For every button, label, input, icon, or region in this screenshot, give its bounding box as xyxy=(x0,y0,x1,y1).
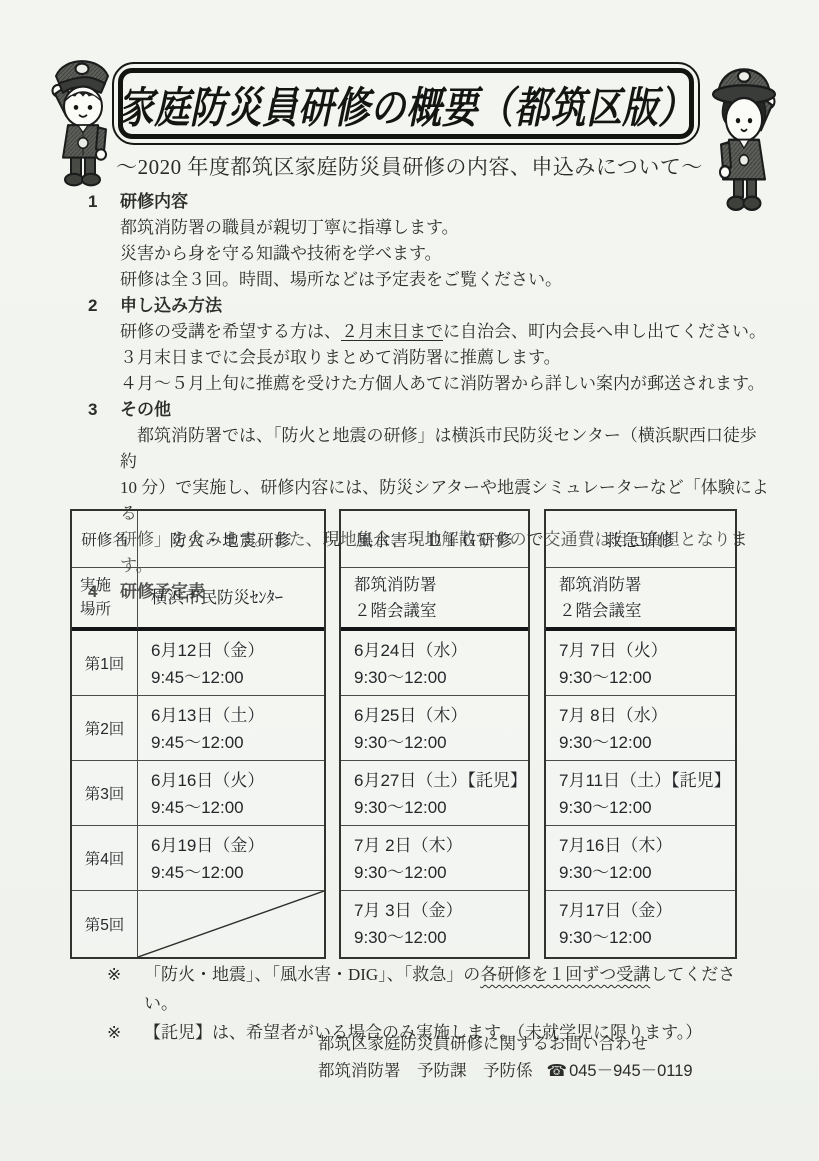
session-time: 9:30～12:00 xyxy=(354,729,528,756)
page-subtitle: ～2020 年度都筑区家庭防災員研修の内容、申込みについて～ xyxy=(0,151,819,181)
footnote-segment: 「防火・地震」、「風水害・DIG」、「救急」の xyxy=(144,965,480,984)
diagonal-strike-line xyxy=(138,891,324,957)
title-banner: 家庭防災員研修の概要（都筑区版） xyxy=(112,62,700,145)
session-cell: 6月27日（土）【託児】 9:30～12:00 xyxy=(341,761,528,826)
contact-footer: 都筑区家庭防災員研修に関するお問い合わせ 都筑消防署 予防課 予防係☎045－9… xyxy=(318,1031,693,1085)
contact-line: 都筑消防署 予防課 予防係☎045－945－0119 xyxy=(318,1058,693,1085)
place-line: 都筑消防署 xyxy=(354,572,528,598)
course-name-cell: 防火・地震研修 xyxy=(138,511,324,568)
contact-phone-number: 045－945－0119 xyxy=(569,1062,693,1080)
place-line: 横浜市民防災ｾﾝﾀｰ xyxy=(151,585,324,611)
body-text: 研修の受講を希望する方は、 xyxy=(120,322,341,341)
session-time: 9:30～12:00 xyxy=(354,924,528,951)
section-how-to-apply: 2申し込み方法 研修の受講を希望する方は、２月末日までに自治会、町内会長へ申し出… xyxy=(88,293,770,397)
contact-title: 都筑区家庭防災員研修に関するお問い合わせ xyxy=(318,1031,693,1058)
session-time: 9:45～12:00 xyxy=(151,859,324,886)
schedule-tables: 研修名 防火・地震研修 実施 場所 横浜市民防災ｾﾝﾀｰ 第1回 6月12日（金… xyxy=(70,509,737,959)
session-date: 7月 8日（水） xyxy=(559,702,735,729)
underlined-deadline: ２月末日まで xyxy=(341,322,443,341)
schedule-table-fire-earthquake: 研修名 防火・地震研修 実施 場所 横浜市民防災ｾﾝﾀｰ 第1回 6月12日（金… xyxy=(70,509,326,959)
body-line: 都筑消防署では、「防火と地震の研修」は横浜市民防災センター（横浜駅西口徒歩約 xyxy=(88,423,770,475)
session-cell: 7月16日（木） 9:30～12:00 xyxy=(546,826,735,891)
session-date: 6月25日（木） xyxy=(354,702,528,729)
round-label: 第2回 xyxy=(72,696,138,761)
place-cell: 横浜市民防災ｾﾝﾀｰ xyxy=(138,568,324,631)
session-cell: 6月19日（金） 9:45～12:00 xyxy=(138,826,324,891)
session-cell: 7月 7日（火） 9:30～12:00 xyxy=(546,631,735,696)
round-label: 第1回 xyxy=(72,631,138,696)
session-cell: 6月13日（土） 9:45～12:00 xyxy=(138,696,324,761)
body-line: 研修の受講を希望する方は、２月末日までに自治会、町内会長へ申し出てください。 xyxy=(88,319,770,345)
footnote-text: 「防火・地震」、「風水害・DIG」、「救急」の各研修を１回ずつ受講してください。 xyxy=(144,960,767,1018)
session-date: 6月12日（金） xyxy=(151,637,324,664)
round-label: 第4回 xyxy=(72,826,138,891)
session-cell: 7月 8日（水） 9:30～12:00 xyxy=(546,696,735,761)
body-line: 災害から身を守る知識や技術を学べます。 xyxy=(88,241,770,267)
section-title: 研修内容 xyxy=(120,192,188,211)
session-cell: 7月 3日（金） 9:30～12:00 xyxy=(341,891,528,957)
session-date: 6月24日（水） xyxy=(354,637,528,664)
session-time: 9:30～12:00 xyxy=(354,794,528,821)
session-time: 9:30～12:00 xyxy=(559,729,735,756)
session-time: 9:30～12:00 xyxy=(559,794,735,821)
page-title: 家庭防災員研修の概要（都筑区版） xyxy=(118,72,694,135)
session-cell: 6月16日（火） 9:45～12:00 xyxy=(138,761,324,826)
section-heading: 3その他 xyxy=(88,397,770,423)
session-cell: 6月24日（水） 9:30～12:00 xyxy=(341,631,528,696)
session-date: 7月17日（金） xyxy=(559,897,735,924)
session-cell: 7月 2日（木） 9:30～12:00 xyxy=(341,826,528,891)
place-label-line: 場所 xyxy=(80,598,137,622)
session-time: 9:30～12:00 xyxy=(559,664,735,691)
face xyxy=(726,98,762,141)
course-name-cell: 風水害・ＤＩＧ研修 xyxy=(341,511,528,568)
section-number: 2 xyxy=(88,293,120,319)
session-cell: 6月12日（金） 9:45～12:00 xyxy=(138,631,324,696)
phone-icon: ☎ xyxy=(547,1062,568,1080)
session-date: 6月13日（土） xyxy=(151,702,324,729)
session-cell: 7月11日（土）【託児】 9:30～12:00 xyxy=(546,761,735,826)
section-number: 3 xyxy=(88,397,120,423)
session-time: 9:30～12:00 xyxy=(559,859,735,886)
place-label-cell: 実施 場所 xyxy=(72,568,138,631)
section-heading: 1研修内容 xyxy=(88,189,770,215)
section-training-content: 1研修内容 都筑消防署の職員が親切丁寧に指導します。 災害から身を守る知識や技術… xyxy=(88,189,770,293)
round-label: 第3回 xyxy=(72,761,138,826)
course-name-cell: 救急研修 xyxy=(546,511,735,568)
session-date: 7月 3日（金） xyxy=(354,897,528,924)
place-line: 都筑消防署 xyxy=(559,572,735,598)
session-time: 9:30～12:00 xyxy=(354,664,528,691)
body-text: に自治会、町内会長へ申し出てください。 xyxy=(443,322,766,341)
scanned-flyer-page: 家庭防災員研修の概要（都筑区版） xyxy=(0,0,819,1161)
body-line: 研修は全３回。時間、場所などは予定表をご覧ください。 xyxy=(88,267,770,293)
session-date: 7月16日（木） xyxy=(559,832,735,859)
session-time: 9:45～12:00 xyxy=(151,794,324,821)
session-cell: 7月17日（金） 9:30～12:00 xyxy=(546,891,735,957)
body-line: ３月末日までに会長が取りまとめて消防署に推薦します。 xyxy=(88,345,770,371)
session-date: 6月19日（金） xyxy=(151,832,324,859)
place-line: ２階会議室 xyxy=(559,598,735,624)
place-label-line: 実施 xyxy=(80,574,137,598)
cancelled-session-cell xyxy=(138,891,324,957)
place-line: ２階会議室 xyxy=(354,598,528,624)
section-heading: 2申し込み方法 xyxy=(88,293,770,319)
session-time: 9:30～12:00 xyxy=(354,859,528,886)
section-title: その他 xyxy=(120,400,171,419)
round-label: 第5回 xyxy=(72,891,138,957)
wavy-underlined-text: 各研修を１回ずつ受講 xyxy=(480,965,650,984)
asterisk-marker: ※ xyxy=(107,960,144,1018)
place-cell: 都筑消防署 ２階会議室 xyxy=(341,568,528,631)
title-banner-inner: 家庭防災員研修の概要（都筑区版） xyxy=(118,68,694,139)
contact-org: 都筑消防署 予防課 予防係 xyxy=(318,1062,533,1080)
session-time: 9:45～12:00 xyxy=(151,729,324,756)
session-date: 7月11日（土）【託児】 xyxy=(559,767,735,794)
session-date: 7月 2日（木） xyxy=(354,832,528,859)
section-number: 1 xyxy=(88,189,120,215)
footnote-attendance: ※ 「防火・地震」、「風水害・DIG」、「救急」の各研修を１回ずつ受講してくださ… xyxy=(107,960,767,1018)
schedule-table-first-aid: 救急研修 都筑消防署 ２階会議室 7月 7日（火） 9:30～12:00 7月 … xyxy=(544,509,737,959)
body-line: 都筑消防署の職員が親切丁寧に指導します。 xyxy=(88,215,770,241)
schedule-table-storm-dig: 風水害・ＤＩＧ研修 都筑消防署 ２階会議室 6月24日（水） 9:30～12:0… xyxy=(339,509,530,959)
session-date: 7月 7日（火） xyxy=(559,637,735,664)
session-time: 9:45～12:00 xyxy=(151,664,324,691)
body-line: ４月～５月上旬に推薦を受けた方個人あてに消防署から詳しい案内が郵送されます。 xyxy=(88,371,770,397)
session-cell: 6月25日（木） 9:30～12:00 xyxy=(341,696,528,761)
place-cell: 都筑消防署 ２階会議室 xyxy=(546,568,735,631)
section-title: 申し込み方法 xyxy=(120,296,222,315)
asterisk-marker: ※ xyxy=(107,1018,144,1047)
session-date: 6月16日（火） xyxy=(151,767,324,794)
corner-header-cell: 研修名 xyxy=(72,511,138,568)
session-date: 6月27日（土）【託児】 xyxy=(354,767,528,794)
session-time: 9:30～12:00 xyxy=(559,924,735,951)
